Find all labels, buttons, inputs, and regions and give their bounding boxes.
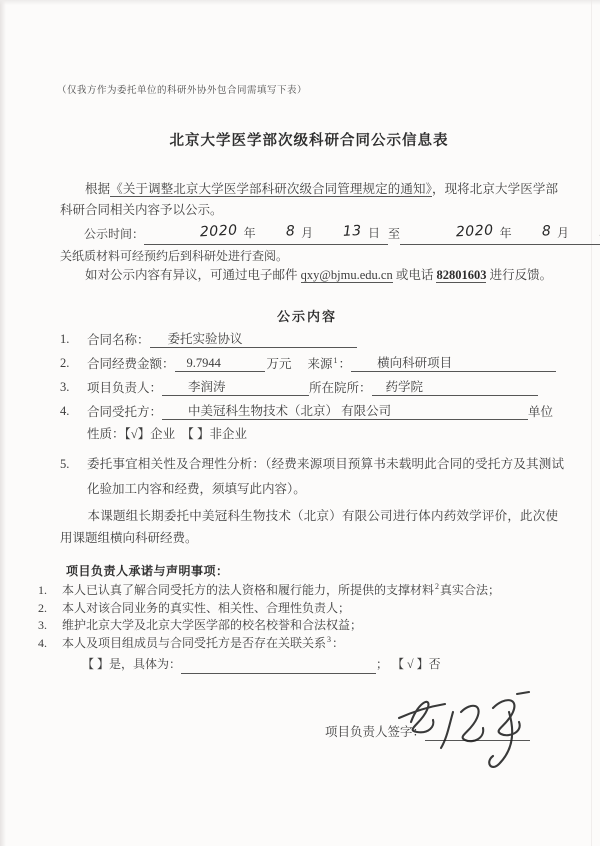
feedback-email: qxy@bjmu.edu.cn	[301, 268, 393, 283]
start-month-handwritten: 8	[261, 220, 296, 244]
end-month-handwritten: 8	[517, 220, 552, 244]
item-number: 1.	[60, 332, 69, 347]
month-unit: 月	[557, 226, 569, 240]
notice-title: 《关于调整北京大学医学部科研次级合同管理规定的通知》	[110, 182, 432, 197]
contract-name-label: 合同名称：	[87, 333, 150, 347]
no-checkbox-checked: 【 √ 】	[398, 657, 429, 671]
end-year-handwritten: 2020	[431, 219, 494, 244]
declarations-heading: 项目负责人承诺与声明事项：	[38, 562, 560, 580]
intro-pre: 根据	[85, 182, 110, 196]
publicity-time-paragraph: 公示时间：2020年8月13日至2020年8月15日（3 个工作日）。合同相关纸…	[60, 222, 558, 267]
feedback-paragraph: 如对公示内容有异议，可通过电子邮件 qxy@bjmu.edu.cn 或电话 82…	[60, 265, 558, 286]
scanned-form-page: （仅我方作为委托单位的科研外协外包合同需填写下表） 北京大学医学部次级科研合同公…	[0, 0, 600, 846]
declaration-text-post: 真实合法；	[440, 583, 500, 597]
department-value: 药学院	[372, 380, 538, 396]
contract-amount-label: 合同经费金额：	[87, 357, 175, 371]
separator: ；	[376, 657, 388, 671]
yes-label: 是，具体为：	[109, 657, 181, 671]
item-number: 1.	[38, 582, 47, 600]
publicity-time-line2: 关纸质材料可经预约后到科研处进行查阅。	[60, 245, 558, 267]
consignee-suffix: 单位	[528, 405, 553, 419]
amount-unit: 万元	[267, 357, 292, 371]
project-leader-value: 李润涛	[162, 380, 309, 396]
scan-edge-shadow-left	[0, 0, 6, 846]
item-number: 4.	[38, 635, 47, 653]
consignee-label: 合同受托方：	[87, 405, 162, 419]
signature-block: 项目负责人签字：	[325, 724, 530, 741]
department-label: 所在院所：	[309, 381, 372, 395]
rationality-analysis-text: 委托事宜相关性及合理性分析：（经费来源项目预算书未载明此合同的受托方及其测试化验…	[87, 457, 564, 496]
no-label: 否	[429, 657, 441, 671]
start-day-handwritten: 13	[319, 220, 363, 244]
feedback-mid: 或电话	[393, 268, 437, 282]
start-date-field: 2020年8月13日	[144, 222, 388, 245]
rationality-analysis-row: 5.委托事宜相关性及合理性分析：（经费来源项目预算书未载明此合同的受托方及其测试…	[60, 452, 564, 502]
feedback-phone: 82801603	[436, 268, 486, 283]
item-number: 5.	[60, 452, 69, 477]
relation-detail-blank	[181, 673, 376, 674]
entity-type-line: 性质：【√】企业 【 】非企业	[87, 427, 564, 442]
item-number: 4.	[60, 404, 69, 419]
end-date-field: 2020年8月15日	[400, 222, 600, 245]
declaration-text-post: ：	[332, 636, 344, 650]
analysis-paragraph: 本课题组长期委托中美冠科生物技术（北京）有限公司进行体内药效学评价，此次使用课题…	[60, 505, 558, 549]
declaration-text: 本人及项目组成员与合同受托方是否存在关联关系	[62, 636, 326, 650]
publicity-time-label: 公示时间：	[84, 227, 144, 241]
project-leader-label: 项目负责人：	[87, 381, 162, 395]
intro-paragraph: 根据《关于调整北京大学医学部科研次级合同管理规定的通知》，现将北京大学医学部科研…	[60, 179, 558, 221]
top-note: （仅我方作为委托单位的科研外协外包合同需填写下表）	[57, 82, 307, 96]
declaration-item: 1.本人已认真了解合同受托方的法人资格和履行能力，所提供的支撑材料2真实合法；	[38, 582, 560, 600]
day-unit: 日	[368, 226, 380, 240]
scan-edge-shadow-top	[0, 0, 600, 5]
feedback-pre: 如对公示内容有异议，可通过电子邮件	[85, 268, 301, 282]
document-title: 北京大学医学部次级科研合同公示信息表	[0, 129, 600, 150]
consignee-value: 中美冠科生物技术（北京） 有限公司	[162, 404, 528, 420]
yes-checkbox: 【 】	[82, 657, 109, 671]
item-number: 2.	[60, 356, 69, 371]
item-number: 2.	[38, 600, 47, 618]
contract-amount-row: 2.合同经费金额：9.7944万元来源1：横向科研项目	[60, 356, 564, 372]
end-day-handwritten: 15	[574, 220, 600, 244]
funding-source-value: 横向科研项目	[351, 356, 556, 372]
contract-name-value: 委托实验协议	[150, 332, 357, 348]
handwritten-signature	[389, 688, 551, 772]
feedback-post: 进行反馈。	[486, 268, 552, 282]
declaration-text: 本人已认真了解合同受托方的法人资格和履行能力，所提供的支撑材料	[62, 583, 434, 597]
signature-line	[425, 740, 530, 741]
declarations-section: 项目负责人承诺与声明事项： 1.本人已认真了解合同受托方的法人资格和履行能力，所…	[38, 562, 560, 674]
declaration-item: 3.维护北京大学及北京大学医学部的校名校誉和合法权益；	[38, 617, 560, 635]
project-leader-row: 3.项目负责人：李润涛所在院所：药学院	[60, 380, 564, 396]
year-unit: 年	[244, 226, 256, 240]
item-number: 3.	[38, 617, 47, 635]
contract-amount-value: 9.7944	[175, 356, 265, 372]
year-unit: 年	[500, 226, 512, 240]
start-year-handwritten: 2020	[175, 219, 238, 244]
scan-edge-line-right	[591, 0, 592, 846]
funding-source-label: 来源	[308, 357, 333, 371]
relation-answer-line: 【 】是，具体为：；【 √ 】否	[38, 655, 560, 674]
publicity-content-list: 1.合同名称：委托实验协议 2.合同经费金额：9.7944万元来源1：横向科研项…	[60, 332, 564, 510]
declaration-item: 2.本人对该合同业务的真实性、相关性、合理性负责人；	[38, 600, 560, 618]
footnote-marker-2: 2	[435, 582, 439, 591]
date-range-to: 至	[388, 227, 400, 241]
declaration-item: 4.本人及项目组成员与合同受托方是否存在关联关系3：	[38, 635, 560, 653]
consignee-row: 4.合同受托方：中美冠科生物技术（北京） 有限公司单位 性质：【√】企业 【 】…	[60, 404, 564, 442]
publicity-content-heading: 公示内容	[0, 306, 600, 325]
footnote-marker-3: 3	[327, 635, 331, 644]
footnote-marker-1: 1	[334, 356, 338, 365]
month-unit: 月	[301, 226, 313, 240]
funding-source-colon: ：	[339, 357, 352, 371]
declaration-text: 维护北京大学及北京大学医学部的校名校誉和合法权益；	[62, 618, 362, 632]
item-number: 3.	[60, 380, 69, 395]
declaration-text: 本人对该合同业务的真实性、相关性、合理性负责人；	[62, 601, 350, 615]
contract-name-row: 1.合同名称：委托实验协议	[60, 332, 564, 348]
